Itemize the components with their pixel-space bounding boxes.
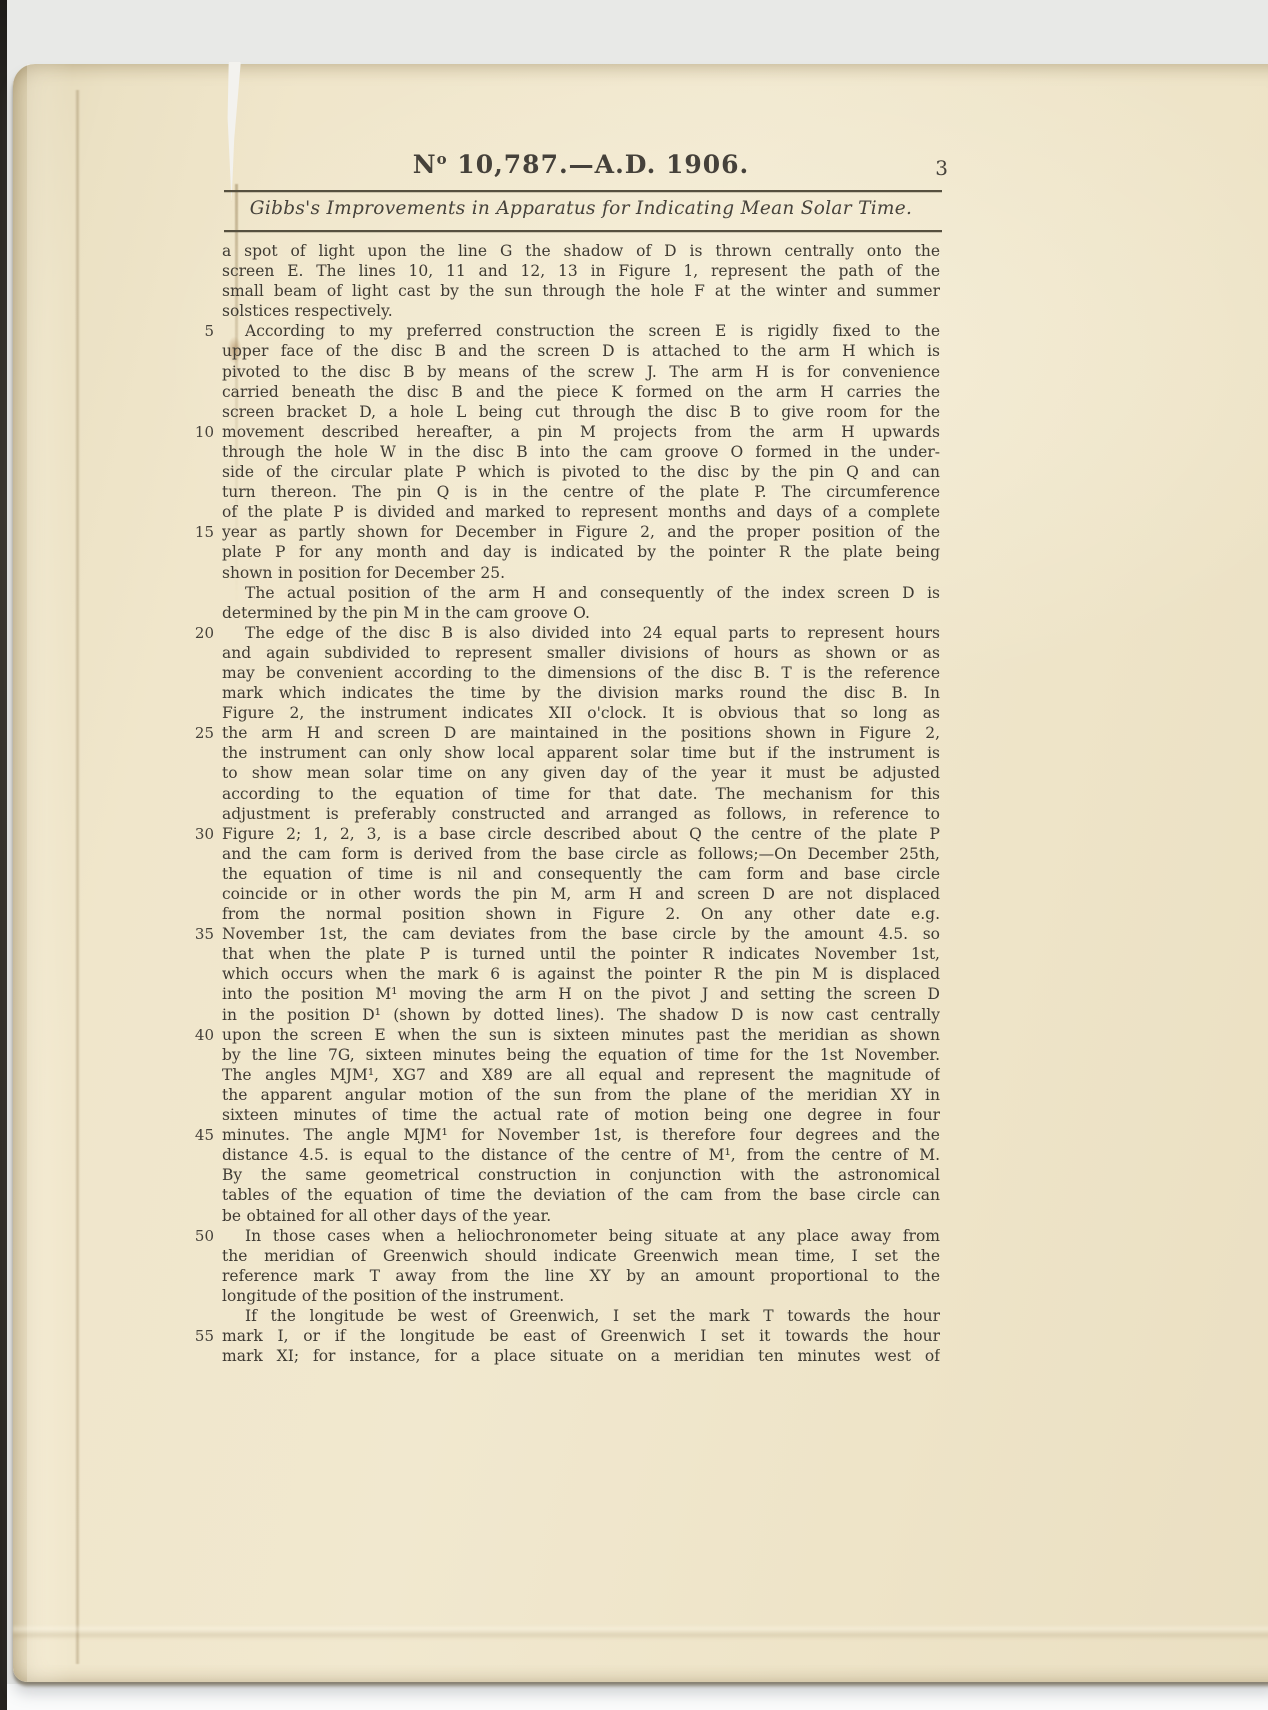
line-text: The angles MJM¹, XG7 and X89 are all equ…	[222, 1065, 940, 1085]
line-number: 40	[176, 1025, 214, 1045]
line-number: 45	[176, 1125, 214, 1145]
line-text: small beam of light cast by the sun thro…	[222, 281, 940, 301]
line-text: the apparent angular motion of the sun f…	[222, 1085, 940, 1105]
text-line: 50In those cases when a heliochronometer…	[222, 1226, 940, 1246]
line-number: 25	[176, 723, 214, 743]
line-number: 55	[176, 1326, 214, 1346]
text-line: plate P for any month and day is indicat…	[222, 542, 940, 562]
line-text: In those cases when a heliochronometer b…	[222, 1226, 940, 1246]
text-line: 5According to my preferred construction …	[222, 321, 940, 341]
line-text: the instrument can only show local appar…	[222, 743, 940, 763]
text-line: longitude of the position of the instrum…	[222, 1286, 940, 1306]
line-text: side of the circular plate P which is pi…	[222, 462, 940, 482]
text-line: shown in position for December 25.	[222, 563, 940, 583]
document-page: No 10,787.—A.D. 1906. 3 Gibbs's Improvem…	[13, 64, 1268, 1682]
line-text: solstices respectively.	[222, 301, 940, 321]
line-text: adjustment is preferably constructed and…	[222, 804, 940, 824]
line-text: plate P for any month and day is indicat…	[222, 542, 940, 562]
patent-number-prefix: N	[413, 150, 437, 179]
text-line: by the line 7G, sixteen minutes being th…	[222, 1045, 940, 1065]
line-text: year as partly shown for December in Fig…	[222, 522, 940, 542]
line-number: 50	[176, 1226, 214, 1246]
text-line: 15year as partly shown for December in F…	[222, 522, 940, 542]
line-text: sixteen minutes of time the actual rate …	[222, 1105, 940, 1125]
line-text: carried beneath the disc B and the piece…	[222, 382, 940, 402]
line-text: and the cam form is derived from the bas…	[222, 844, 940, 864]
line-text: may be convenient according to the dimen…	[222, 663, 940, 683]
line-text: mark which indicates the time by the div…	[222, 683, 940, 703]
line-text: pivoted to the disc B by means of the sc…	[222, 362, 940, 382]
text-line: according to the equation of time for th…	[222, 784, 940, 804]
line-text: upon the screen E when the sun is sixtee…	[222, 1025, 940, 1045]
text-line: the instrument can only show local appar…	[222, 743, 940, 763]
text-line: If the longitude be west of Greenwich, I…	[222, 1306, 940, 1326]
text-line: coincide or in other words the pin M, ar…	[222, 884, 940, 904]
text-line: sixteen minutes of time the actual rate …	[222, 1105, 940, 1125]
text-line: adjustment is preferably constructed and…	[222, 804, 940, 824]
text-line: 55mark I, or if the longitude be east of…	[222, 1326, 940, 1346]
line-text: mark I, or if the longitude be east of G…	[222, 1326, 940, 1346]
text-line: screen bracket D, a hole L being cut thr…	[222, 402, 940, 422]
line-text: longitude of the position of the instrum…	[222, 1286, 940, 1306]
line-text: upper face of the disc B and the screen …	[222, 341, 940, 361]
patent-number-superscript: o	[437, 150, 448, 168]
line-text: by the line 7G, sixteen minutes being th…	[222, 1045, 940, 1065]
text-line: the apparent angular motion of the sun f…	[222, 1085, 940, 1105]
text-line: Figure 2, the instrument indicates XII o…	[222, 703, 940, 723]
line-text: of the plate P is divided and marked to …	[222, 502, 940, 522]
text-line: determined by the pin M in the cam groov…	[222, 603, 940, 623]
line-text: Figure 2; 1, 2, 3, is a base circle desc…	[222, 824, 940, 844]
line-text: minutes. The angle MJM¹ for November 1st…	[222, 1125, 940, 1145]
text-line: pivoted to the disc B by means of the sc…	[222, 362, 940, 382]
text-line: from the normal position shown in Figure…	[222, 904, 940, 924]
line-text: the arm H and screen D are maintained in…	[222, 723, 940, 743]
text-line: in the position D¹ (shown by dotted line…	[222, 1005, 940, 1025]
document-title: Gibbs's Improvements in Apparatus for In…	[222, 198, 940, 219]
header-rule-bottom	[224, 230, 942, 232]
line-text: By the same geometrical construction in …	[222, 1165, 940, 1185]
patent-number-rest: 10,787.—A.D. 1906.	[448, 150, 750, 179]
text-line: By the same geometrical construction in …	[222, 1165, 940, 1185]
text-line: may be convenient according to the dimen…	[222, 663, 940, 683]
line-text: If the longitude be west of Greenwich, I…	[222, 1306, 940, 1326]
text-line: The actual position of the arm H and con…	[222, 583, 940, 603]
page-fold-highlight	[27, 64, 73, 1682]
text-line: mark which indicates the time by the div…	[222, 683, 940, 703]
text-line: which occurs when the mark 6 is against …	[222, 964, 940, 984]
text-line: be obtained for all other days of the ye…	[222, 1206, 940, 1226]
text-line: of the plate P is divided and marked to …	[222, 502, 940, 522]
scanner-edge-strip	[0, 0, 7, 1710]
line-number: 15	[176, 522, 214, 542]
text-line: turn thereon. The pin Q is in the centre…	[222, 482, 940, 502]
patent-number: No 10,787.—A.D. 1906.	[222, 150, 940, 179]
text-line: solstices respectively.	[222, 301, 940, 321]
text-line: the meridian of Greenwich should indicat…	[222, 1246, 940, 1266]
text-line: that when the plate P is turned until th…	[222, 944, 940, 964]
text-line: and again subdivided to represent smalle…	[222, 643, 940, 663]
text-line: tables of the equation of time the devia…	[222, 1185, 940, 1205]
line-text: a spot of light upon the line G the shad…	[222, 241, 940, 261]
line-text: from the normal position shown in Figure…	[222, 904, 940, 924]
line-text: The edge of the disc B is also divided i…	[222, 623, 940, 643]
line-number: 30	[176, 824, 214, 844]
text-line: 40upon the screen E when the sun is sixt…	[222, 1025, 940, 1045]
text-line: into the position M¹ moving the arm H on…	[222, 984, 940, 1004]
line-text: shown in position for December 25.	[222, 563, 940, 583]
line-text: The actual position of the arm H and con…	[222, 583, 940, 603]
text-line: upper face of the disc B and the screen …	[222, 341, 940, 361]
line-text: the meridian of Greenwich should indicat…	[222, 1246, 940, 1266]
line-text: reference mark T away from the line XY b…	[222, 1266, 940, 1286]
line-text: movement described hereafter, a pin M pr…	[222, 422, 940, 442]
text-line: through the hole W in the disc B into th…	[222, 442, 940, 462]
paper-tear	[221, 62, 243, 202]
line-text: tables of the equation of time the devia…	[222, 1185, 940, 1205]
line-text: to show mean solar time on any given day…	[222, 763, 940, 783]
text-line: 35November 1st, the cam deviates from th…	[222, 924, 940, 944]
text-line: and the cam form is derived from the bas…	[222, 844, 940, 864]
text-line: a spot of light upon the line G the shad…	[222, 241, 940, 261]
text-line: 10movement described hereafter, a pin M …	[222, 422, 940, 442]
line-text: mark XI; for instance, for a place situa…	[222, 1346, 940, 1366]
text-line: mark XI; for instance, for a place situa…	[222, 1346, 940, 1366]
line-text: November 1st, the cam deviates from the …	[222, 924, 940, 944]
text-line: 45minutes. The angle MJM¹ for November 1…	[222, 1125, 940, 1145]
header-rule-top	[224, 190, 942, 192]
line-text: the equation of time is nil and conseque…	[222, 864, 940, 884]
text-line: side of the circular plate P which is pi…	[222, 462, 940, 482]
text-line: to show mean solar time on any given day…	[222, 763, 940, 783]
page-fold-crease	[75, 90, 80, 1664]
text-line: The angles MJM¹, XG7 and X89 are all equ…	[222, 1065, 940, 1085]
line-text: screen bracket D, a hole L being cut thr…	[222, 402, 940, 422]
text-line: the equation of time is nil and conseque…	[222, 864, 940, 884]
page-number: 3	[935, 156, 948, 180]
line-text: coincide or in other words the pin M, ar…	[222, 884, 940, 904]
line-text: distance 4.5. is equal to the distance o…	[222, 1145, 940, 1165]
scan-background: { "palette":{"paper":"#efe6cb","ink":"#3…	[0, 0, 1268, 1710]
line-text: in the position D¹ (shown by dotted line…	[222, 1005, 940, 1025]
line-text: According to my preferred construction t…	[222, 321, 940, 341]
text-line: reference mark T away from the line XY b…	[222, 1266, 940, 1286]
line-text: be obtained for all other days of the ye…	[222, 1206, 940, 1226]
text-line: screen E. The lines 10, 11 and 12, 13 in…	[222, 261, 940, 281]
line-number: 20	[176, 623, 214, 643]
line-text: through the hole W in the disc B into th…	[222, 442, 940, 462]
page-bottom-crease	[13, 1624, 1268, 1640]
line-text: determined by the pin M in the cam groov…	[222, 603, 940, 623]
text-line: small beam of light cast by the sun thro…	[222, 281, 940, 301]
text-line: distance 4.5. is equal to the distance o…	[222, 1145, 940, 1165]
body-text: a spot of light upon the line G the shad…	[222, 241, 940, 1366]
text-line: carried beneath the disc B and the piece…	[222, 382, 940, 402]
line-number: 10	[176, 422, 214, 442]
line-text: that when the plate P is turned until th…	[222, 944, 940, 964]
text-line: 30Figure 2; 1, 2, 3, is a base circle de…	[222, 824, 940, 844]
line-text: Figure 2, the instrument indicates XII o…	[222, 703, 940, 723]
text-line: 25the arm H and screen D are maintained …	[222, 723, 940, 743]
line-text: which occurs when the mark 6 is against …	[222, 964, 940, 984]
line-text: screen E. The lines 10, 11 and 12, 13 in…	[222, 261, 940, 281]
line-text: turn thereon. The pin Q is in the centre…	[222, 482, 940, 502]
line-number: 35	[176, 924, 214, 944]
line-text: and again subdivided to represent smalle…	[222, 643, 940, 663]
scanner-bottom-area	[0, 1684, 1268, 1710]
line-text: into the position M¹ moving the arm H on…	[222, 984, 940, 1004]
text-line: 20The edge of the disc B is also divided…	[222, 623, 940, 643]
line-text: according to the equation of time for th…	[222, 784, 940, 804]
line-number: 5	[176, 321, 214, 341]
